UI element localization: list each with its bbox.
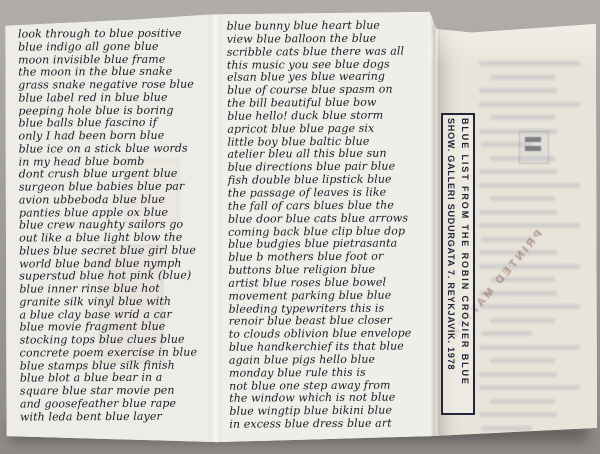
paper-sheet: look through to blue positive blue indig… <box>3 11 597 443</box>
left-page-handwriting: look through to blue positive blue indig… <box>18 27 218 423</box>
address-label-box: BLUE LIST FROM THE ROBIN CROZIER BLUE SH… <box>441 113 475 415</box>
postage-stamp-show-through <box>519 131 549 164</box>
stamp-mark <box>525 146 541 151</box>
center-page-handwriting: blue bunny blue heart blue view blue bal… <box>227 19 436 431</box>
ink-bleed-through-lines <box>479 61 591 439</box>
label-line-2: SHOW. GALLERI SUDURGATA 7. REYKJAVIK. 19… <box>446 118 456 410</box>
address-label: BLUE LIST FROM THE ROBIN CROZIER BLUE SH… <box>441 113 475 415</box>
photograph-of-folded-letter: { "artifact": "hand-written folded lette… <box>0 0 600 454</box>
label-line-1: BLUE LIST FROM THE ROBIN CROZIER BLUE <box>460 118 470 410</box>
stamp-mark <box>525 137 541 142</box>
